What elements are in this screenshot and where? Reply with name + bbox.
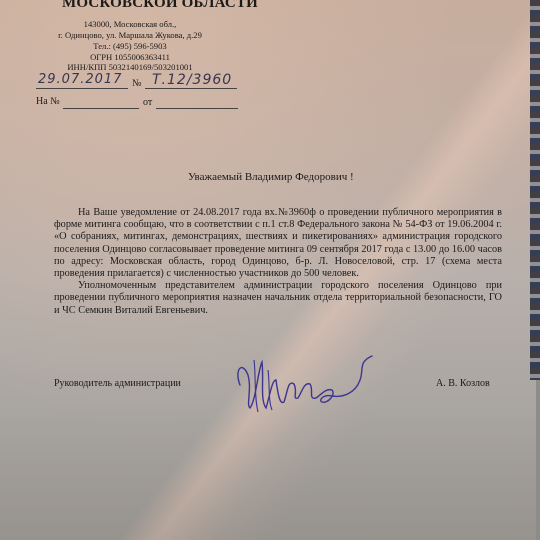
reference-date-line	[156, 108, 238, 109]
reference-number-line	[63, 108, 139, 109]
underlying-page-edge-lower	[536, 380, 540, 540]
registration-date: 29.07.2017	[38, 72, 122, 87]
reference-date-label: от	[143, 97, 152, 108]
reference-number-label: На №	[36, 96, 60, 107]
paper-shadow	[0, 400, 540, 540]
handwritten-signature	[232, 350, 382, 420]
body-paragraph-1: На Ваше уведомление от 24.08.2017 года в…	[54, 207, 502, 280]
signatory-name: А. В. Козлов	[436, 378, 490, 389]
letter-body: На Ваше уведомление от 24.08.2017 года в…	[54, 207, 502, 317]
greeting: Уважаемый Владимир Федорович !	[188, 171, 354, 183]
registration-date-line	[36, 88, 128, 89]
underlying-page-edge	[530, 0, 540, 380]
body-paragraph-2: Уполномоченным представителем администра…	[54, 280, 502, 317]
letterhead-address-line1: 143000, Московская обл.,	[40, 19, 220, 31]
registration-number-label: №	[132, 78, 142, 89]
letterhead-phone: Тел.: (495) 596-5903	[40, 41, 220, 53]
registration-number-line	[145, 88, 237, 89]
letterhead-org-name: МОСКОВСКОЙ ОБЛАСТИ	[62, 0, 258, 12]
letterhead-address-line2: г. Одинцово, ул. Маршала Жукова, д.29	[40, 30, 220, 42]
registration-number: Т.12/3960	[152, 72, 232, 88]
signatory-title: Руководитель администрации	[54, 378, 181, 389]
